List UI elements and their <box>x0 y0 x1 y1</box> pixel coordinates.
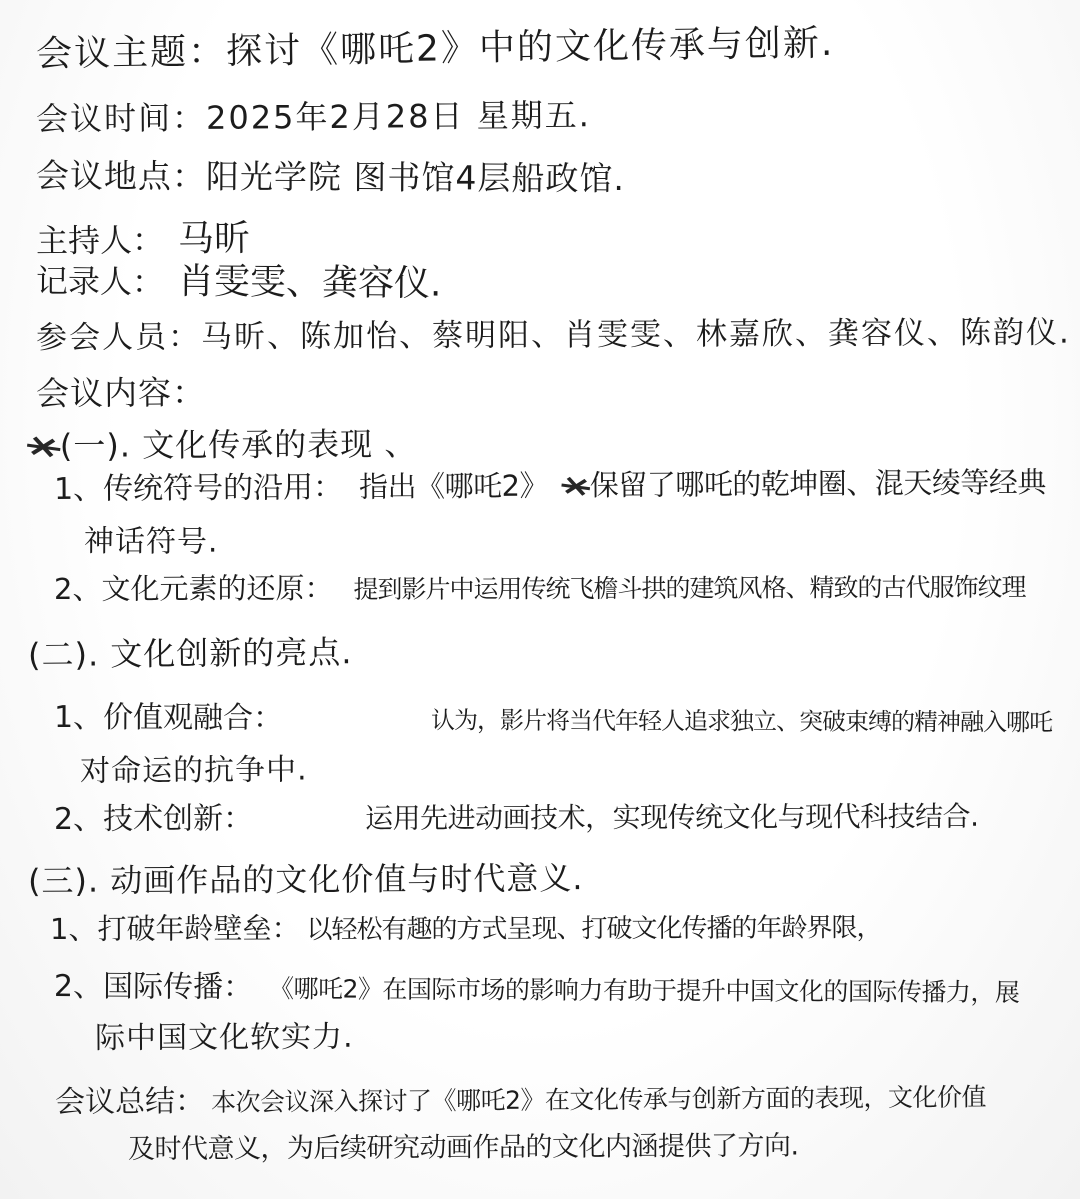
meeting-location-text: 阳光学院 图书馆4层船政馆. <box>206 151 625 200</box>
meeting-summary-continuation: 及时代意义，为后续研究动画作品的文化内涵提供了方向. <box>128 1123 799 1166</box>
section1-heading: (一). 文化传承的表现 、 <box>60 419 418 467</box>
section3-item1-text: 以轻松有趣的方式呈现、打破文化传播的年龄界限， <box>306 907 881 946</box>
section2-item2-line: 2、技术创新：运用先进动画技术，实现传统文化与现代科技结合. <box>54 791 979 838</box>
section2-item1-text: 认为，影片将当代年轻人追求独立、突破束缚的精神融入哪吒 <box>431 700 1052 737</box>
section3-item1-line: 1、打破年龄壁垒：以轻松有趣的方式呈现、打破文化传播的年龄界限， <box>50 904 882 948</box>
section3-item2-text: 《哪吒2》在国际市场的影响力有助于提升中国文化的国际传播力，展 <box>269 969 1020 1009</box>
section3-item2-label: 2、国际传播： <box>54 961 253 1006</box>
section1-item1-label: 1、传统符号的沿用： <box>54 462 343 508</box>
section1-item2-text: 提到影片中运用传统飞檐斗拱的建筑风格、精致的古代服饰纹理 <box>353 568 1025 606</box>
section1-item1-continuation: 神话符号. <box>84 516 219 561</box>
section3-item2-continuation: 际中国文化软实力. <box>95 1012 354 1057</box>
section1-item2-label: 2、文化元素的还原： <box>54 566 334 608</box>
section1-item2-line: 2、文化元素的还原：提到影片中运用传统飞檐斗拱的建筑风格、精致的古代服饰纹理 <box>54 564 1026 608</box>
meeting-location-line: 会议地点：阳光学院 图书馆4层船政馆. <box>36 150 625 200</box>
section3-item2-line: 2、国际传播：《哪吒2》在国际市场的影响力有助于提升中国文化的国际传播力，展 <box>54 961 1020 1010</box>
meeting-location-label: 会议地点： <box>36 150 206 198</box>
section2-item2-label: 2、技术创新： <box>54 793 253 838</box>
meeting-time-text: 2025年2月28日 星期五. <box>206 90 591 139</box>
meeting-participants-label: 参会人员： <box>36 311 201 357</box>
meeting-summary-text: 本次会议深入探讨了《哪吒2》在文化传承与创新方面的表现，文化价值 <box>211 1078 986 1119</box>
section2-item1-continuation: 对命运的抗争中. <box>80 744 308 790</box>
meeting-participants-line: 参会人员：马昕、陈加怡、蔡明阳、肖雯雯、林嘉欣、龚容仪、陈韵仪. <box>36 307 1071 357</box>
section1-item1-line: 1、传统符号的沿用：指出《哪吒2》×保留了哪吒的乾坤圈、混天绫等经典 <box>54 457 1046 508</box>
section3-heading-line: (三). 动画作品的文化价值与时代意义. <box>28 853 584 902</box>
section1-heading-line: ×(一). 文化传承的表现 、 <box>28 419 418 467</box>
section2-item2-text: 运用先进动画技术，实现传统文化与现代科技结合. <box>365 795 979 837</box>
section2-heading-line: (二). 文化创新的亮点. <box>28 627 353 676</box>
section2-item1-label: 1、价值观融合： <box>54 692 283 737</box>
crossed-out-mark: × <box>25 425 63 467</box>
meeting-time-line: 会议时间：2025年2月28日 星期五. <box>36 90 591 140</box>
meeting-time-label: 会议时间： <box>36 93 206 140</box>
meeting-summary-line: 会议总结：本次会议深入探讨了《哪吒2》在文化传承与创新方面的表现，文化价值 <box>55 1071 986 1121</box>
section3-item1-label: 1、打破年龄壁垒： <box>50 906 301 948</box>
section1-item1-text-pre: 指出《哪吒2》 <box>359 464 548 506</box>
meeting-participants-names: 马昕、陈加怡、蔡明阳、肖雯雯、林嘉欣、龚容仪、陈韵仪. <box>201 307 1071 357</box>
meeting-recorders-label: 记录人： <box>36 256 164 303</box>
section3-heading: (三). 动画作品的文化价值与时代意义. <box>28 853 584 902</box>
meeting-recorders-names: 肖雯雯、龚容仪. <box>178 253 442 306</box>
meeting-subject-line: 会议主题：探讨《哪吒2》中的文化传承与创新. <box>36 15 835 77</box>
crossed-out-mark: × <box>560 467 593 504</box>
meeting-summary-label: 会议总结： <box>55 1076 205 1121</box>
section2-heading: (二). 文化创新的亮点. <box>28 627 353 676</box>
meeting-recorders-line: 记录人：肖雯雯、龚容仪. <box>36 252 442 307</box>
section2-item1-line: 1、价值观融合：认为，影片将当代年轻人追求独立、突破束缚的精神融入哪吒 <box>54 692 1052 739</box>
meeting-subject-text: 探讨《哪吒2》中的文化传承与创新. <box>226 15 835 74</box>
meeting-content-heading: 会议内容： <box>36 367 206 415</box>
meeting-subject-label: 会议主题： <box>36 23 227 77</box>
handwritten-meeting-notes: 会议主题：探讨《哪吒2》中的文化传承与创新. 会议时间：2025年2月28日 星… <box>0 0 1080 1199</box>
section1-item1-text-post: 保留了哪吒的乾坤圈、混天绫等经典 <box>590 460 1046 504</box>
